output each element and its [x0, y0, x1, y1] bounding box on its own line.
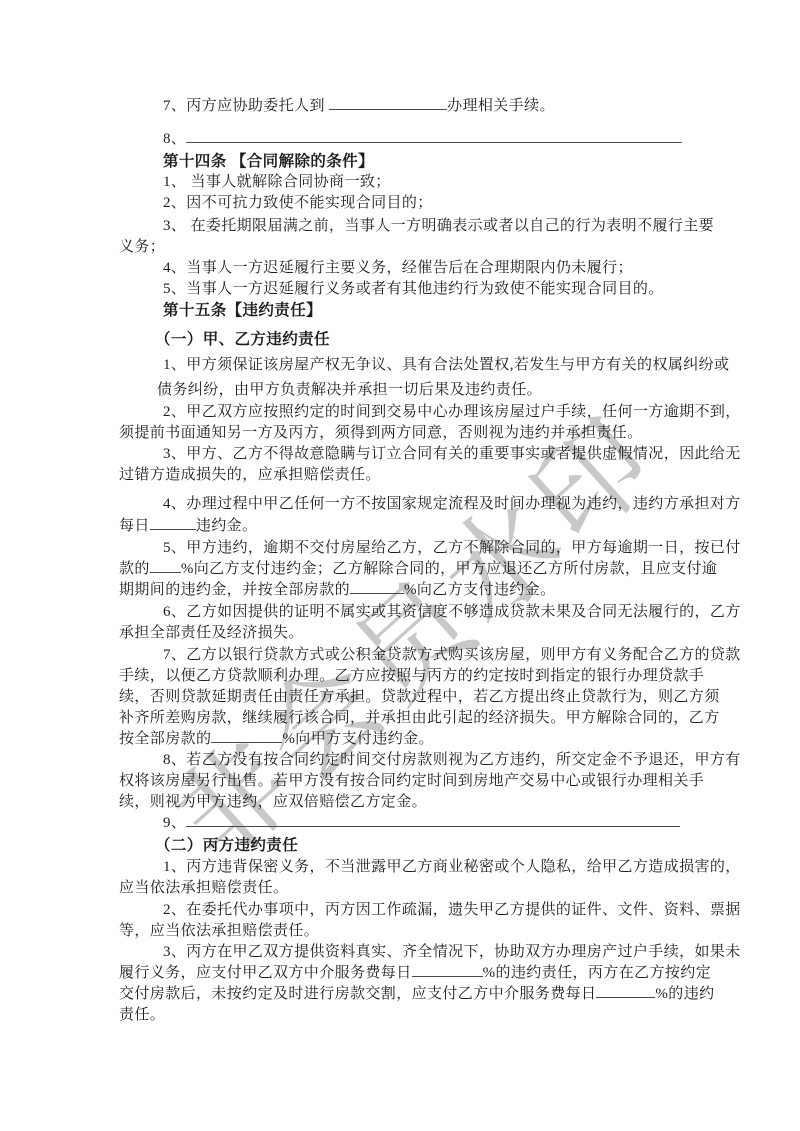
- fill-in-blank: [150, 559, 181, 573]
- text-run: 每日: [119, 518, 150, 534]
- fill-in-blank: [596, 984, 655, 998]
- text-run: 等，应当依法承担赔偿责任。: [119, 923, 319, 939]
- a14-clause-1: 1、 当事人就解除合同协商一致；: [119, 172, 695, 193]
- text-run: 款的: [119, 561, 150, 577]
- heading-article-14: 第十四条 【合同解除的条件】: [119, 151, 695, 172]
- text-run: 1、 当事人就解除合同协商一致；: [163, 174, 391, 190]
- sec1-clause-6: 6、乙方如因提供的证明不属实或其资信度不够造成贷款未果及合同无法履行的，乙方: [119, 602, 695, 623]
- text-run: 过错方造成损失的，应承担赔偿责任。: [119, 467, 381, 483]
- sec1-clause-7-c2: 续，否则贷款延期责任由责任方承担。贷款过程中，若乙方提出终止贷款行为，则乙方须: [119, 687, 695, 708]
- text-run: 5、甲方违约，逾期不交付房屋给乙方，乙方不解除合同的，甲方每逾期一日，按已付: [163, 540, 741, 556]
- sec1-clause-8-c1: 权将该房屋另行出售。若甲方没有按合同约定时间到房地产交易中心或银行办理相关手: [119, 771, 695, 792]
- sec2-clause-1-cont: 应当依法承担赔偿责任。: [119, 878, 695, 899]
- sec1-clause-1-cont: 债务纠纷，由甲方负责解决并承担一切后果及违约责任。: [119, 380, 695, 401]
- fill-in-blank: [186, 129, 682, 143]
- text-run: 权将该房屋另行出售。若甲方没有按合同约定时间到房地产交易中心或银行办理相关手: [119, 773, 704, 789]
- sec1-clause-1: 1、甲方须保证该房屋产权无争议、具有合法处置权,若发生与甲方有关的权属纠纷或: [119, 355, 695, 376]
- fill-in-blank: [150, 516, 196, 530]
- text-run: 违约金。: [196, 518, 258, 534]
- text-run: 履行义务，应支付甲乙双方中介服务费每日: [119, 965, 412, 981]
- sec1-clause-3: 3、甲方、乙方不得故意隐瞒与订立合同有关的重要事实或者提供虚假情况，因此给无: [119, 444, 695, 465]
- text-run: 办理相关手续。: [447, 98, 555, 114]
- text-run: 交付房款后，未按约定及时进行房款交割，应支付乙方中介服务费每日: [119, 986, 596, 1002]
- sec2-clause-3-c3: 责任。: [119, 1005, 695, 1026]
- text-run: 须提前书面通知另一方及丙方，须得到两方同意，否则视为违约并承担责任。: [119, 425, 643, 441]
- text-run: 2、甲乙双方应按照约定的时间到交易中心办理该房屋过户手续，任何一方逾期不到，: [163, 404, 741, 420]
- text-run: %向乙方支付违约金。: [404, 582, 556, 598]
- sec1-heading: （一）甲、乙方违约责任: [119, 329, 695, 350]
- a14-clause-4: 4、当事人一方迟延履行主要义务，经催告后在合理期限内仍未履行；: [119, 258, 695, 279]
- text-run: 2、在委托代办事项中，丙方因工作疏漏，遗失甲乙方提供的证件、文件、资料、票据: [163, 902, 741, 918]
- sec1-clause-5-c1: 款的%向乙方支付违约金；乙方解除合同的，甲方应退还乙方所付房款，且应支付逾: [119, 559, 695, 580]
- heading-article-15: 第十五条【违约责任】: [119, 300, 695, 321]
- text-run: 债务纠纷，由甲方负责解决并承担一切后果及违约责任。: [157, 382, 542, 398]
- fill-in-blank: [186, 813, 680, 827]
- text-run: 第十五条【违约责任】: [163, 302, 322, 319]
- sec1-clause-5: 5、甲方违约，逾期不交付房屋给乙方，乙方不解除合同的，甲方每逾期一日，按已付: [119, 538, 695, 559]
- text-run: 按全部房款的: [119, 731, 211, 747]
- fill-in-blank: [329, 96, 447, 110]
- text-run: 6、乙方如因提供的证明不属实或其资信度不够造成贷款未果及合同无法履行的，乙方: [163, 604, 741, 620]
- fill-in-blank: [412, 963, 483, 977]
- text-run: 5、当事人一方迟延履行义务或者有其他违约行为致使不能实现合同目的。: [163, 281, 664, 297]
- sec1-clause-5-c2: 期期间的违约金，并按全部房款的%向乙方支付违约金。: [119, 580, 695, 601]
- text-run: 8、: [163, 131, 186, 147]
- text-run: 9、: [163, 815, 186, 831]
- text-run: 7、丙方应协助委托人到: [163, 98, 329, 114]
- text-run: 4、办理过程中甲乙任何一方不按国家规定流程及时间办理视为违约，违约方承担对方: [163, 496, 741, 512]
- sec1-clause-2-cont: 须提前书面通知另一方及丙方，须得到两方同意，否则视为违约并承担责任。: [119, 423, 695, 444]
- a14-clause-3-cont: 义务；: [119, 237, 695, 258]
- sec2-clause-2-cont: 等，应当依法承担赔偿责任。: [119, 921, 695, 942]
- text-run: 责任。: [119, 1007, 165, 1023]
- text-run: 第十四条 【合同解除的条件】: [163, 153, 374, 170]
- text-run: 3、甲方、乙方不得故意隐瞒与订立合同有关的重要事实或者提供虚假情况，因此给无: [163, 446, 741, 462]
- text-run: 手续，以便乙方贷款顺利办理。乙方应按照与丙方的约定按时到指定的银行办理贷款手: [119, 668, 704, 684]
- text-run: 7、乙方以银行贷款方式或公积金贷款方式购买该房屋，则甲方有义务配合乙方的贷款: [163, 647, 741, 663]
- sec1-clause-8: 8、若乙方没有按合同约定时间交付房款则视为乙方违约，所交定金不予退还，甲方有: [119, 750, 695, 771]
- text-run: 3、丙方在甲乙双方提供资料真实、齐全情况下，协助双方办理房产过户手续，如果未: [163, 944, 741, 960]
- sec2-clause-3-c1: 履行义务，应支付甲乙双方中介服务费每日%的违约责任，丙方在乙方按约定: [119, 963, 695, 984]
- text-run: %的违约: [655, 986, 714, 1002]
- text-run: %的违约责任，丙方在乙方按约定: [483, 965, 712, 981]
- sec1-clause-7-c1: 手续，以便乙方贷款顺利办理。乙方应按照与丙方的约定按时到指定的银行办理贷款手: [119, 666, 695, 687]
- sec1-clause-7-c3: 补齐所差购房款，继续履行该合同，并承担由此引起的经济损失。甲方解除合同的，乙方: [119, 708, 695, 729]
- text-run: 续，否则贷款延期责任由责任方承担。贷款过程中，若乙方提出终止贷款行为，则乙方须: [119, 689, 720, 705]
- fill-in-blank: [350, 580, 404, 594]
- text-run: 期期间的违约金，并按全部房款的: [119, 582, 350, 598]
- text-run: 8、若乙方没有按合同约定时间交付房款则视为乙方违约，所交定金不予退还，甲方有: [163, 752, 741, 768]
- text-run: 承担全部责任及经济损失。: [119, 625, 304, 641]
- sec1-clause-8-c2: 续，则视为甲方违约，应双倍赔偿乙方定金。: [119, 792, 695, 813]
- sec1-clause-4-cont: 每日违约金。: [119, 516, 695, 537]
- text-run: （二）丙方违约责任: [155, 837, 298, 854]
- text-run: （一）甲、乙方违约责任: [155, 331, 330, 348]
- text-run: 3、 在委托期限届满之前，当事人一方明确表示或者以自己的行为表明不履行主要: [163, 218, 714, 234]
- sec1-clause-9-blank: 9、: [119, 813, 695, 834]
- document-page[interactable]: 非会员水印 7、丙方应协助委托人到 办理相关手续。8、第十四条 【合同解除的条件…: [0, 0, 800, 1131]
- text-run: %向甲方支付违约金。: [282, 731, 434, 747]
- sec1-clause-7: 7、乙方以银行贷款方式或公积金贷款方式购买该房屋，则甲方有义务配合乙方的贷款: [119, 645, 695, 666]
- text-run: 1、丙方违背保密义务，不当泄露甲乙方商业秘密或个人隐私，给甲乙方造成损害的，: [163, 859, 741, 875]
- sec1-clause-2: 2、甲乙双方应按照约定的时间到交易中心办理该房屋过户手续，任何一方逾期不到，: [119, 402, 695, 423]
- sec2-clause-3-c2: 交付房款后，未按约定及时进行房款交割，应支付乙方中介服务费每日%的违约: [119, 984, 695, 1005]
- text-run: 4、当事人一方迟延履行主要义务，经催告后在合理期限内仍未履行；: [163, 260, 633, 276]
- sec1-clause-6-cont: 承担全部责任及经济损失。: [119, 623, 695, 644]
- text-run: %向乙方支付违约金；乙方解除合同的，甲方应退还乙方所付房款，且应支付逾: [181, 561, 718, 577]
- text-run: 1、甲方须保证该房屋产权无争议、具有合法处置权,若发生与甲方有关的权属纠纷或: [163, 357, 729, 373]
- text-run: 续，则视为甲方违约，应双倍赔偿乙方定金。: [119, 794, 427, 810]
- text-run: 补齐所差购房款，继续履行该合同，并承担由此引起的经济损失。甲方解除合同的，乙方: [119, 710, 720, 726]
- a14-clause-2: 2、因不可抗力致使不能实现合同目的；: [119, 193, 695, 214]
- sec1-clause-4: 4、办理过程中甲乙任何一方不按国家规定流程及时间办理视为违约，违约方承担对方: [119, 494, 695, 515]
- text-run: 应当依法承担赔偿责任。: [119, 880, 288, 896]
- sec1-clause-7-c4: 按全部房款的%向甲方支付违约金。: [119, 729, 695, 750]
- sec1-clause-3-cont: 过错方造成损失的，应承担赔偿责任。: [119, 465, 695, 486]
- item-8-blank: 8、: [119, 129, 695, 150]
- sec2-clause-3: 3、丙方在甲乙双方提供资料真实、齐全情况下，协助双方办理房产过户手续，如果未: [119, 942, 695, 963]
- a14-clause-3: 3、 在委托期限届满之前，当事人一方明确表示或者以自己的行为表明不履行主要: [119, 216, 695, 237]
- text-run: 2、因不可抗力致使不能实现合同目的；: [163, 195, 433, 211]
- sec2-clause-2: 2、在委托代办事项中，丙方因工作疏漏，遗失甲乙方提供的证件、文件、资料、票据: [119, 900, 695, 921]
- document-content: 7、丙方应协助委托人到 办理相关手续。8、第十四条 【合同解除的条件】1、 当事…: [119, 96, 695, 1026]
- a14-clause-5: 5、当事人一方迟延履行义务或者有其他违约行为致使不能实现合同目的。: [119, 279, 695, 300]
- sec2-clause-1: 1、丙方违背保密义务，不当泄露甲乙方商业秘密或个人隐私，给甲乙方造成损害的，: [119, 857, 695, 878]
- text-run: 义务；: [119, 239, 165, 255]
- fill-in-blank: [211, 729, 282, 743]
- item-7: 7、丙方应协助委托人到 办理相关手续。: [119, 96, 695, 117]
- sec2-heading: （二）丙方违约责任: [119, 835, 695, 856]
